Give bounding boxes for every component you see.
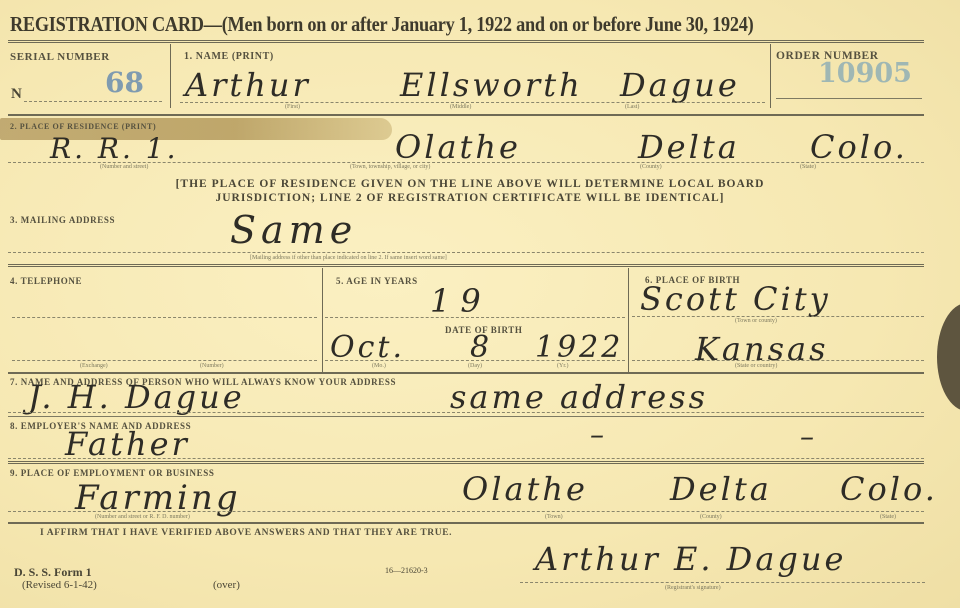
- dob-day-caption: (Day): [468, 363, 482, 369]
- birthplace-town-caption: (Town or county): [735, 318, 777, 324]
- form-name: D. S. S. Form 1: [14, 565, 92, 580]
- row7-divider: [8, 416, 924, 417]
- contact-underline: [8, 412, 924, 413]
- order-number-value: 10905: [818, 58, 912, 89]
- affirmation-text: I Affirm That I Have Verified Above Answ…: [40, 528, 452, 538]
- employment-street-caption: (Number and street or R. F. D. number): [95, 514, 190, 520]
- hole-punch-circle: [937, 303, 960, 411]
- employer-underline: [8, 458, 924, 459]
- name-middle-value: Ellsworth: [400, 66, 583, 104]
- jurisdiction-notice-line1: [THE PLACE OF RESIDENCE GIVEN ON THE LIN…: [65, 178, 875, 190]
- birthplace-state-underline: [632, 360, 924, 361]
- name-label: 1. Name (Print): [184, 51, 274, 62]
- mailing-caption: [Mailing address if other than place ind…: [250, 255, 447, 261]
- serial-number-value: 68: [105, 66, 144, 99]
- residence-town-caption: (Town, township, village, or city): [350, 164, 430, 170]
- divider-serial-name: [170, 44, 171, 108]
- residence-street-value: R. R. 1.: [50, 132, 178, 165]
- employment-town-value: Olathe: [462, 470, 588, 508]
- row456-divider: [8, 372, 924, 374]
- birthplace-state-caption: (State or country): [735, 363, 777, 369]
- telephone-exchange-caption: (Exchange): [80, 363, 108, 369]
- age-value: 19: [430, 282, 491, 320]
- name-last-value: Dague: [620, 66, 740, 104]
- telephone-underline-2: [12, 360, 317, 361]
- telephone-underline-1: [12, 317, 317, 318]
- registration-card: REGISTRATION CARD—(Men born on or after …: [0, 0, 960, 608]
- card-title: REGISTRATION CARD—(Men born on or after …: [10, 12, 753, 37]
- dob-year-caption: (Yr.): [557, 363, 569, 369]
- signature-value: Arthur E. Dague: [535, 540, 846, 578]
- name-middle-caption: (Middle): [450, 104, 471, 110]
- print-code: 16—21620-3: [385, 566, 428, 575]
- name-last-caption: (Last): [625, 104, 639, 110]
- telephone-number-caption: (Number): [200, 363, 224, 369]
- age-underline: [325, 317, 625, 318]
- residence-county-value: Delta: [638, 128, 740, 166]
- contact-name-value: J. H. Dague: [28, 378, 245, 416]
- divider-name-order: [770, 44, 771, 108]
- birthplace-town-underline: [632, 316, 924, 317]
- employment-state-value: Colo.: [840, 470, 938, 508]
- row1-divider: [8, 114, 924, 116]
- residence-label: 2. Place of Residence (Print): [10, 122, 156, 131]
- jurisdiction-notice-line2: JURISDICTION; LINE 2 OF REGISTRATION CER…: [65, 192, 875, 204]
- age-label: 5. Age in Years: [336, 276, 418, 286]
- row8-divider: [8, 461, 924, 464]
- employment-state-caption: (State): [880, 514, 896, 520]
- row3-divider: [8, 264, 924, 267]
- divider-phone-age: [322, 268, 323, 372]
- divider-age-birthplace: [628, 268, 629, 372]
- mailing-label: 3. Mailing Address: [10, 215, 115, 225]
- residence-underline: [8, 162, 924, 163]
- employment-business-value: Farming: [75, 478, 241, 518]
- form-over: (over): [213, 579, 240, 591]
- serial-label: SERIAL NUMBER: [10, 51, 110, 63]
- serial-prefix: N: [11, 86, 22, 103]
- serial-underline: [24, 101, 162, 102]
- form-revised: (Revised 6-1-42): [22, 579, 97, 591]
- telephone-label: 4. Telephone: [10, 276, 82, 286]
- mailing-value: Same: [230, 208, 357, 252]
- employment-county-value: Delta: [670, 470, 772, 508]
- mailing-underline: [8, 252, 924, 253]
- signature-caption: (Registrant's signature): [665, 585, 721, 591]
- employer-ditto-1: –: [590, 418, 607, 451]
- residence-town-value: Olathe: [395, 128, 521, 166]
- name-first-value: Arthur: [185, 66, 311, 104]
- birthplace-town-value: Scott City: [640, 280, 831, 318]
- residence-county-caption: (County): [640, 164, 662, 170]
- employer-ditto-2: –: [800, 420, 817, 453]
- employment-town-caption: (Town): [545, 514, 563, 520]
- row9-divider: [8, 522, 924, 524]
- name-first-caption: (First): [285, 104, 300, 110]
- dob-underline: [325, 360, 625, 361]
- employment-county-caption: (County): [700, 514, 722, 520]
- residence-street-caption: (Number and street): [100, 164, 148, 170]
- employment-underline: [8, 511, 924, 512]
- employment-label: 9. Place of Employment or Business: [10, 468, 214, 478]
- title-divider: [8, 40, 924, 43]
- signature-underline: [520, 582, 925, 583]
- name-underline: [180, 102, 765, 103]
- residence-state-value: Colo.: [810, 128, 908, 166]
- dob-month-caption: (Mo.): [372, 363, 386, 369]
- contact-address-value: same address: [450, 378, 708, 416]
- order-underline: [776, 98, 922, 99]
- residence-state-caption: (State): [800, 164, 816, 170]
